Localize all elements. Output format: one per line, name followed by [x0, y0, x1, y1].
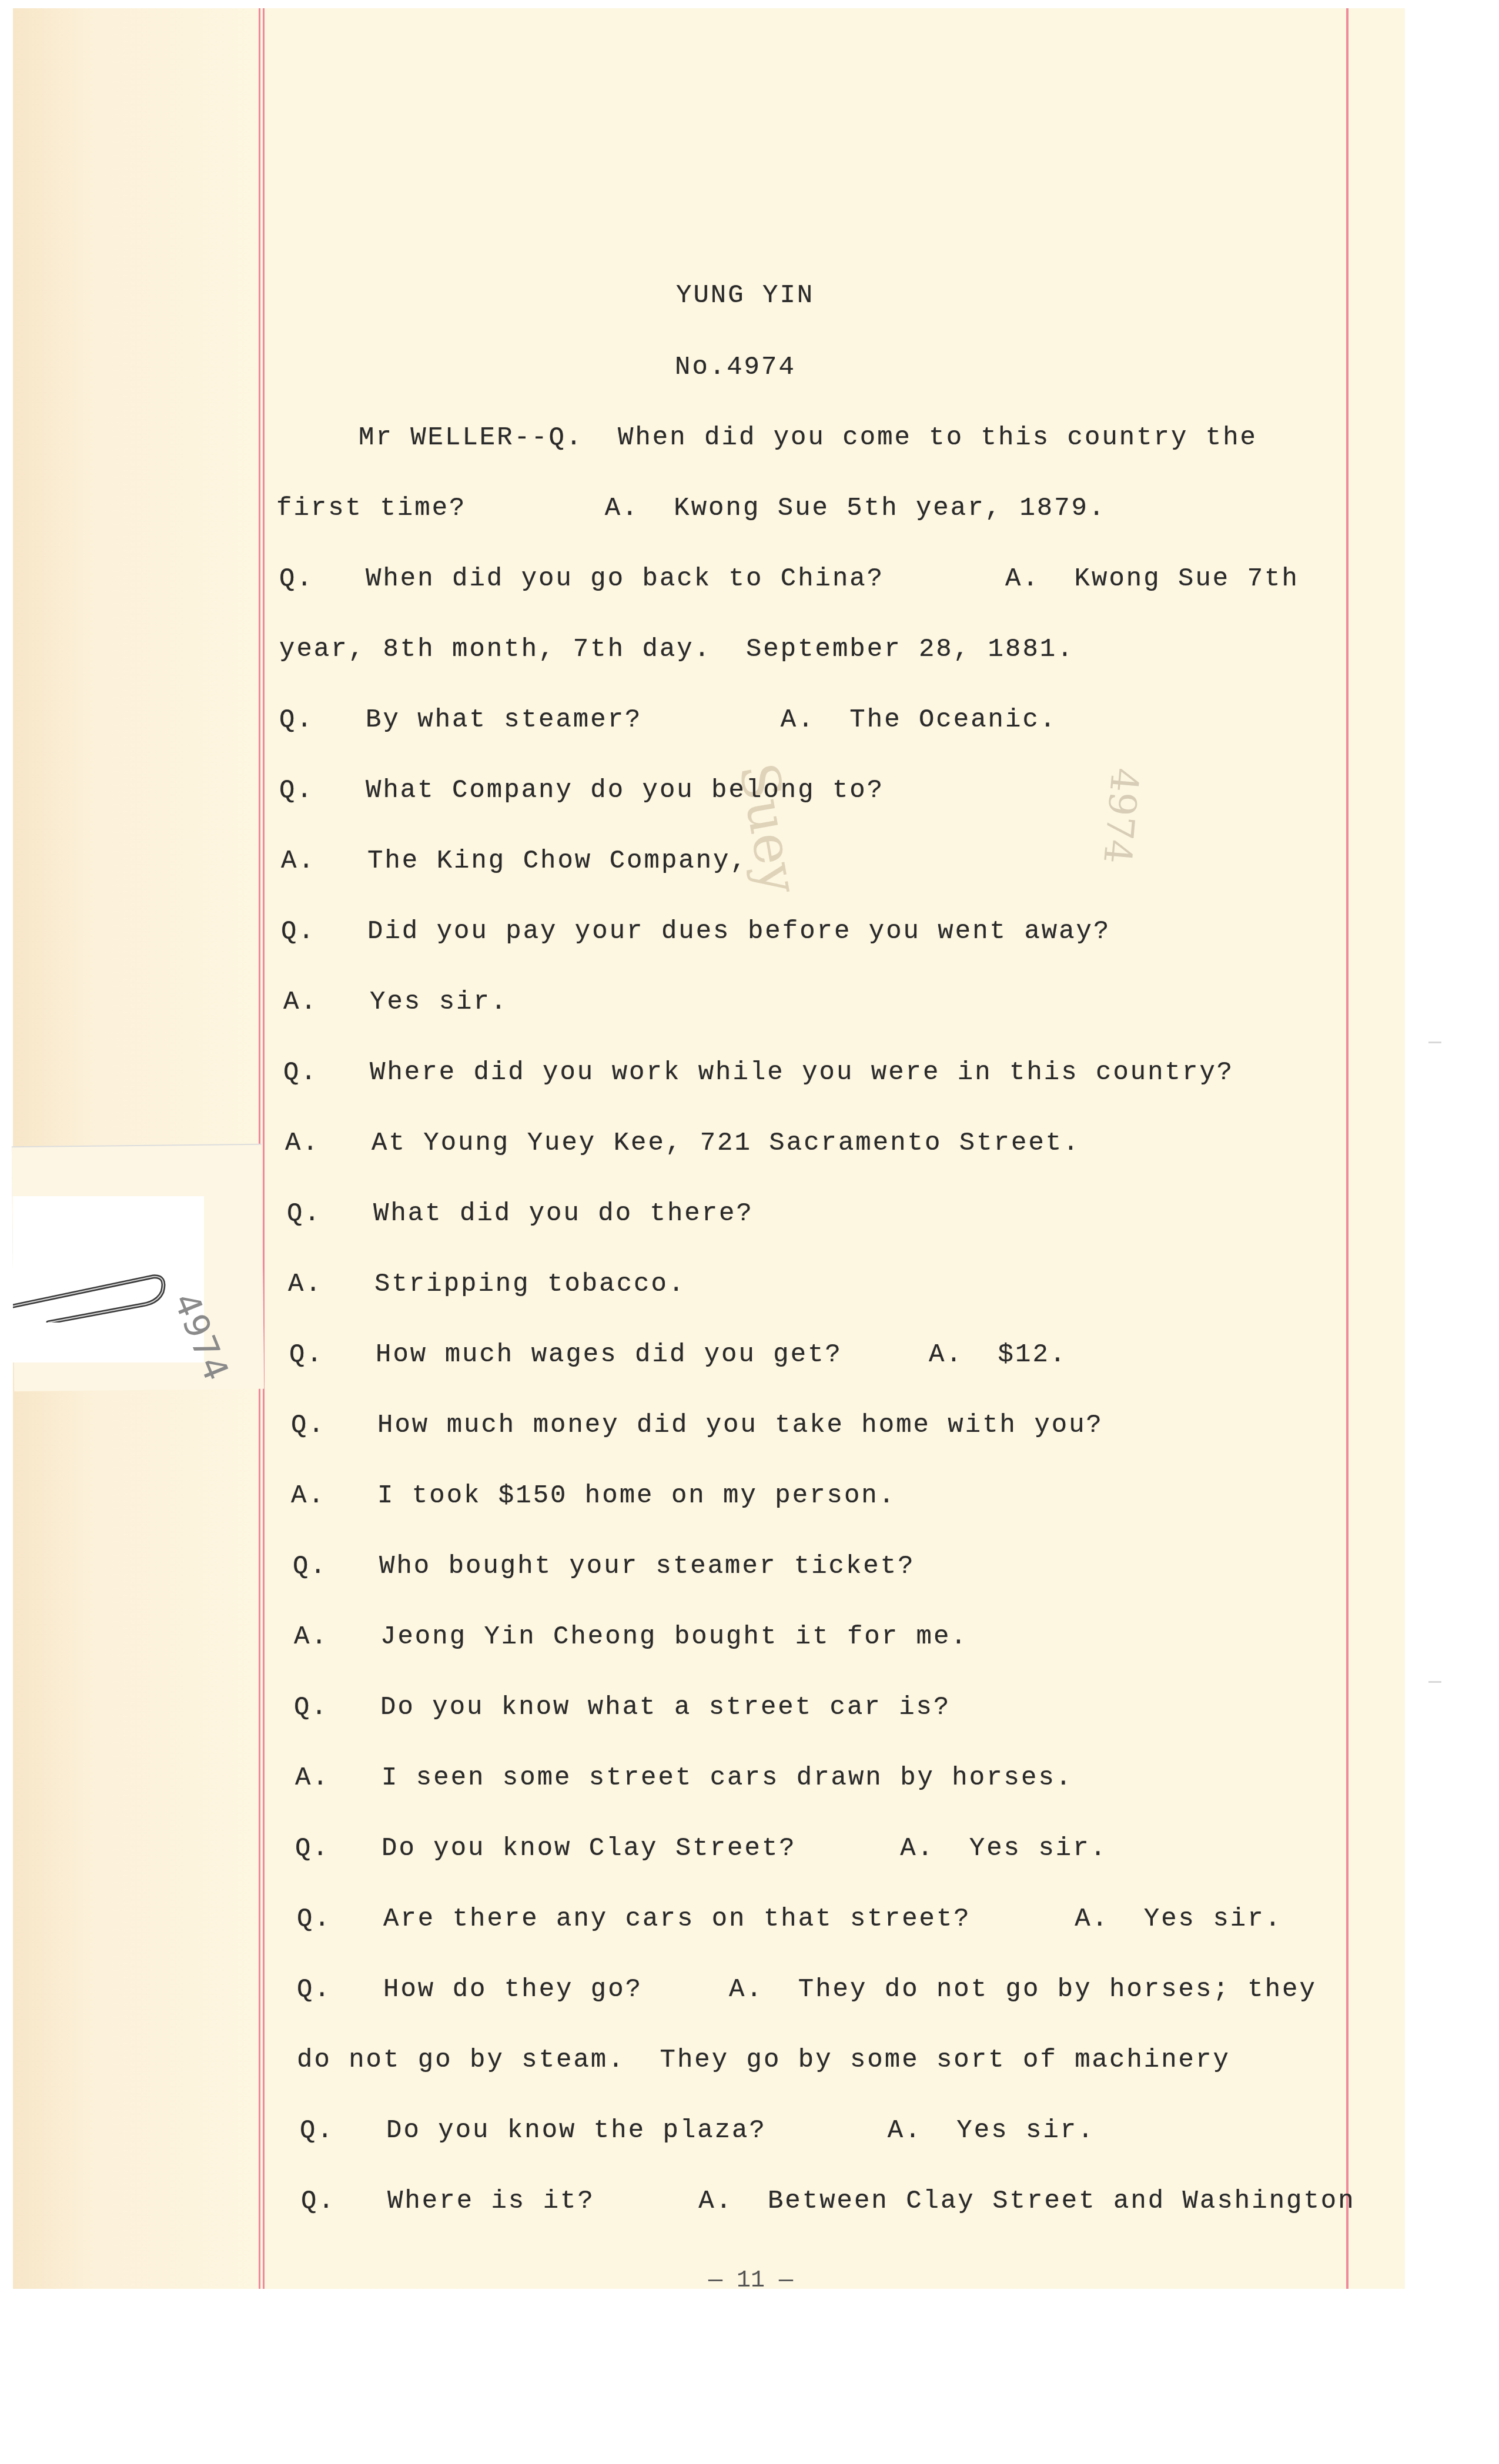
page-mark: — 11 —: [708, 2268, 793, 2294]
transcript-line: A. Yes sir.: [283, 987, 508, 1017]
transcript-line: A. Stripping tobacco.: [288, 1270, 685, 1299]
document-title: YUNG YIN: [676, 281, 814, 310]
transcript-line: Q. Do you know the plaza? A. Yes sir.: [300, 2116, 1095, 2145]
transcript-line: Q. Where did you work while you were in …: [283, 1058, 1234, 1087]
transcript-line: Q. Did you pay your dues before you went…: [281, 917, 1110, 946]
transcript-line: first time? A. Kwong Sue 5th year, 1879.: [276, 494, 1106, 523]
pencil-annotation: 4974: [1095, 766, 1146, 866]
transcript-line: Q. What did you do there?: [287, 1199, 754, 1228]
transcript-line: Q. How much money did you take home with…: [291, 1411, 1103, 1440]
transcript-line: A. The King Chow Company,: [281, 846, 748, 876]
transcript-line: Q. By what steamer? A. The Oceanic.: [279, 705, 1057, 735]
transcript-line: Q. What Company do you belong to?: [279, 776, 884, 805]
case-number: No.4974: [675, 353, 796, 382]
transcript-line: Q. Where is it? A. Between Clay Street a…: [301, 2187, 1356, 2216]
transcript-line: Q. When did you go back to China? A. Kwo…: [279, 564, 1299, 594]
transcript-line: A. I took $150 home on my person.: [291, 1481, 896, 1511]
transcript-line: do not go by steam. They go by some sort…: [297, 2045, 1230, 2075]
transcript-line: year, 8th month, 7th day. September 28, …: [279, 635, 1075, 664]
transcript-line: Q. Do you know what a street car is?: [294, 1693, 951, 1722]
right-margin-rule: [1346, 8, 1349, 2289]
transcript-line: Q. Are there any cars on that street? A.…: [297, 1904, 1282, 1934]
transcript-line: A. I seen some street cars drawn by hors…: [295, 1763, 1073, 1793]
transcript-line: Mr WELLER--Q. When did you come to this …: [359, 423, 1257, 453]
transcript-line: A. At Young Yuey Kee, 721 Sacramento Str…: [285, 1129, 1080, 1158]
paper-clip-icon: [13, 1264, 166, 1323]
transcript-line: Q. How do they go? A. They do not go by …: [297, 1975, 1317, 2004]
transcript-line: Q. Who bought your steamer ticket?: [293, 1552, 915, 1581]
edge-mark: [1428, 1042, 1441, 1043]
transcript-line: Q. How much wages did you get? A. $12.: [289, 1340, 1067, 1370]
transcript-line: Q. Do you know Clay Street? A. Yes sir.: [295, 1834, 1107, 1863]
edge-mark: [1428, 1681, 1441, 1683]
transcript-line: A. Jeong Yin Cheong bought it for me.: [294, 1622, 968, 1652]
